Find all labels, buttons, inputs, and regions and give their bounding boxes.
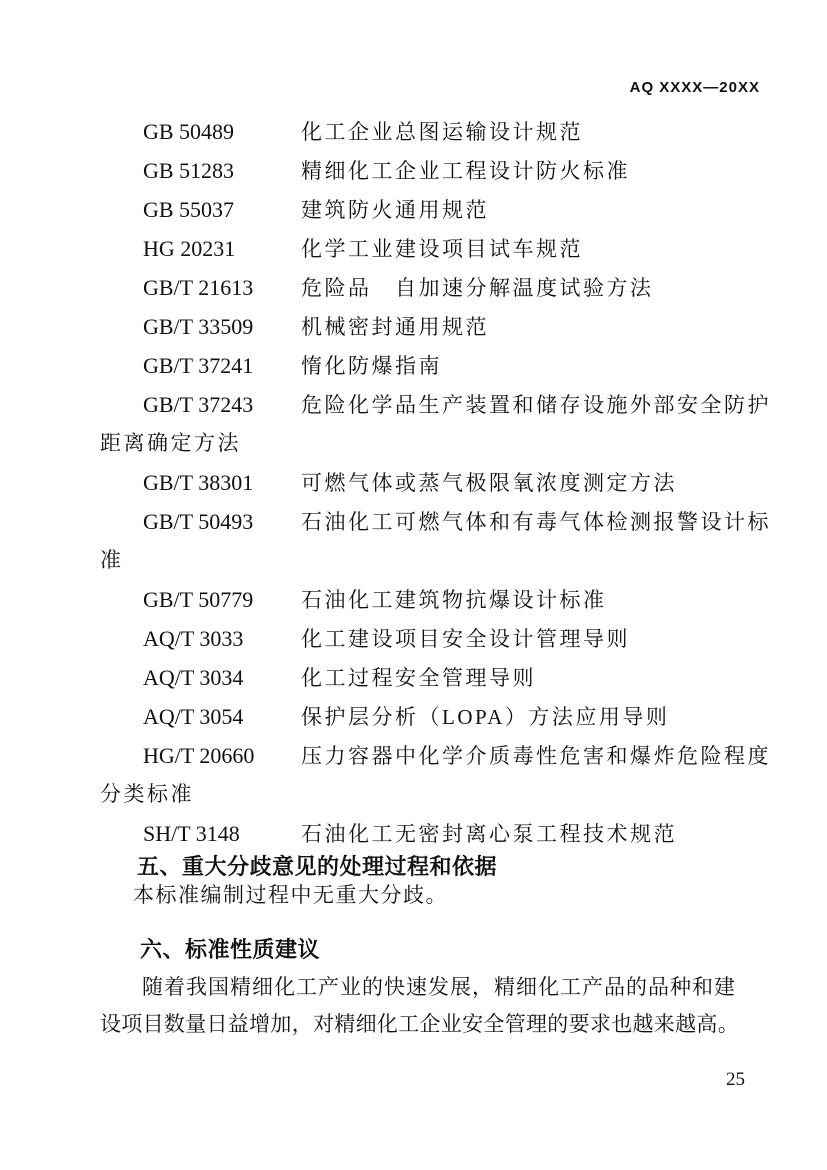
standard-code: GB/T 50493 <box>143 502 301 541</box>
standards-list: GB 50489化工企业总图运输设计规范 GB 51283精细化工企业工程设计防… <box>100 112 762 853</box>
standard-title: 化工建设项目安全设计管理导则 <box>301 627 630 651</box>
standard-entry: GB/T 21613危险品 自加速分解温度试验方法 <box>100 268 762 307</box>
section-6-paragraph-line2: 设项目数量日益增加，对精细化工企业安全管理的要求也越来越高。 <box>100 1006 762 1043</box>
standard-title: 化工过程安全管理导则 <box>301 666 536 690</box>
standard-code: GB/T 33509 <box>143 307 301 346</box>
standard-title: 压力容器中化学介质毒性危害和爆炸危险程度 <box>301 744 771 768</box>
standard-code: GB/T 38301 <box>143 463 301 502</box>
standard-entry: GB/T 50779石油化工建筑物抗爆设计标准 <box>100 580 762 619</box>
page-number: 25 <box>726 1069 745 1091</box>
standard-title: 石油化工无密封离心泵工程技术规范 <box>301 822 677 846</box>
standard-code: GB/T 21613 <box>143 268 301 307</box>
standard-title: 化学工业建设项目试车规范 <box>301 237 583 261</box>
standard-entry: HG 20231化学工业建设项目试车规范 <box>100 229 762 268</box>
standard-code: GB 55037 <box>143 190 301 229</box>
standard-code: AQ/T 3054 <box>143 697 301 736</box>
standard-title: 惰化防爆指南 <box>301 354 442 378</box>
standard-entry: GB/T 33509机械密封通用规范 <box>100 307 762 346</box>
section-6-heading: 六、标准性质建议 <box>100 934 802 966</box>
standard-title: 危险品 自加速分解温度试验方法 <box>301 276 654 300</box>
standard-code: GB 50489 <box>143 112 301 151</box>
standard-entry: AQ/T 3033化工建设项目安全设计管理导则 <box>100 619 762 658</box>
standard-entry: HG/T 20660压力容器中化学介质毒性危害和爆炸危险程度 <box>100 736 762 775</box>
standard-title: 机械密封通用规范 <box>301 315 489 339</box>
standard-entry: GB/T 37243危险化学品生产装置和储存设施外部安全防护 <box>100 385 762 424</box>
standard-entry: AQ/T 3034化工过程安全管理导则 <box>100 658 762 697</box>
standard-title: 化工企业总图运输设计规范 <box>301 120 583 144</box>
standard-title-continuation: 分类标准 <box>100 775 762 814</box>
standard-code: HG/T 20660 <box>143 736 301 775</box>
standard-code: AQ/T 3034 <box>143 658 301 697</box>
standard-title: 石油化工建筑物抗爆设计标准 <box>301 588 607 612</box>
document-page: AQ XXXX—20XX GB 50489化工企业总图运输设计规范 GB 512… <box>0 0 827 1170</box>
standard-title-continuation: 准 <box>100 541 762 580</box>
section-5-body: 本标准编制过程中无重大分歧。 <box>100 879 795 911</box>
standard-entry: GB 55037建筑防火通用规范 <box>100 190 762 229</box>
standard-code: GB/T 37243 <box>143 385 301 424</box>
standard-title: 精细化工企业工程设计防火标准 <box>301 159 630 183</box>
standard-code: GB/T 50779 <box>143 580 301 619</box>
standard-entry: GB/T 38301可燃气体或蒸气极限氧浓度测定方法 <box>100 463 762 502</box>
standard-title: 可燃气体或蒸气极限氧浓度测定方法 <box>301 471 677 495</box>
standard-entry: GB/T 50493石油化工可燃气体和有毒气体检测报警设计标 <box>100 502 762 541</box>
standard-code: GB 51283 <box>143 151 301 190</box>
standard-title: 石油化工可燃气体和有毒气体检测报警设计标 <box>301 510 771 534</box>
standard-title-continuation: 距离确定方法 <box>100 424 762 463</box>
standard-title: 建筑防火通用规范 <box>301 198 489 222</box>
standard-entry: GB 51283精细化工企业工程设计防火标准 <box>100 151 762 190</box>
standard-code: AQ/T 3033 <box>143 619 301 658</box>
document-code-header: AQ XXXX—20XX <box>0 78 760 98</box>
section-6-paragraph-line1: 随着我国精细化工产业的快速发展，精细化工产品的品种和建 <box>100 969 804 1006</box>
standard-entry: SH/T 3148石油化工无密封离心泵工程技术规范 <box>100 814 762 853</box>
standard-code: GB/T 37241 <box>143 346 301 385</box>
standard-entry: GB/T 37241惰化防爆指南 <box>100 346 762 385</box>
standard-title: 保护层分析（LOPA）方法应用导则 <box>301 705 669 729</box>
standard-code: HG 20231 <box>143 229 301 268</box>
standard-title: 危险化学品生产装置和储存设施外部安全防护 <box>301 393 771 417</box>
standard-entry: GB 50489化工企业总图运输设计规范 <box>100 112 762 151</box>
standard-entry: AQ/T 3054保护层分析（LOPA）方法应用导则 <box>100 697 762 736</box>
standard-code: SH/T 3148 <box>143 814 301 853</box>
